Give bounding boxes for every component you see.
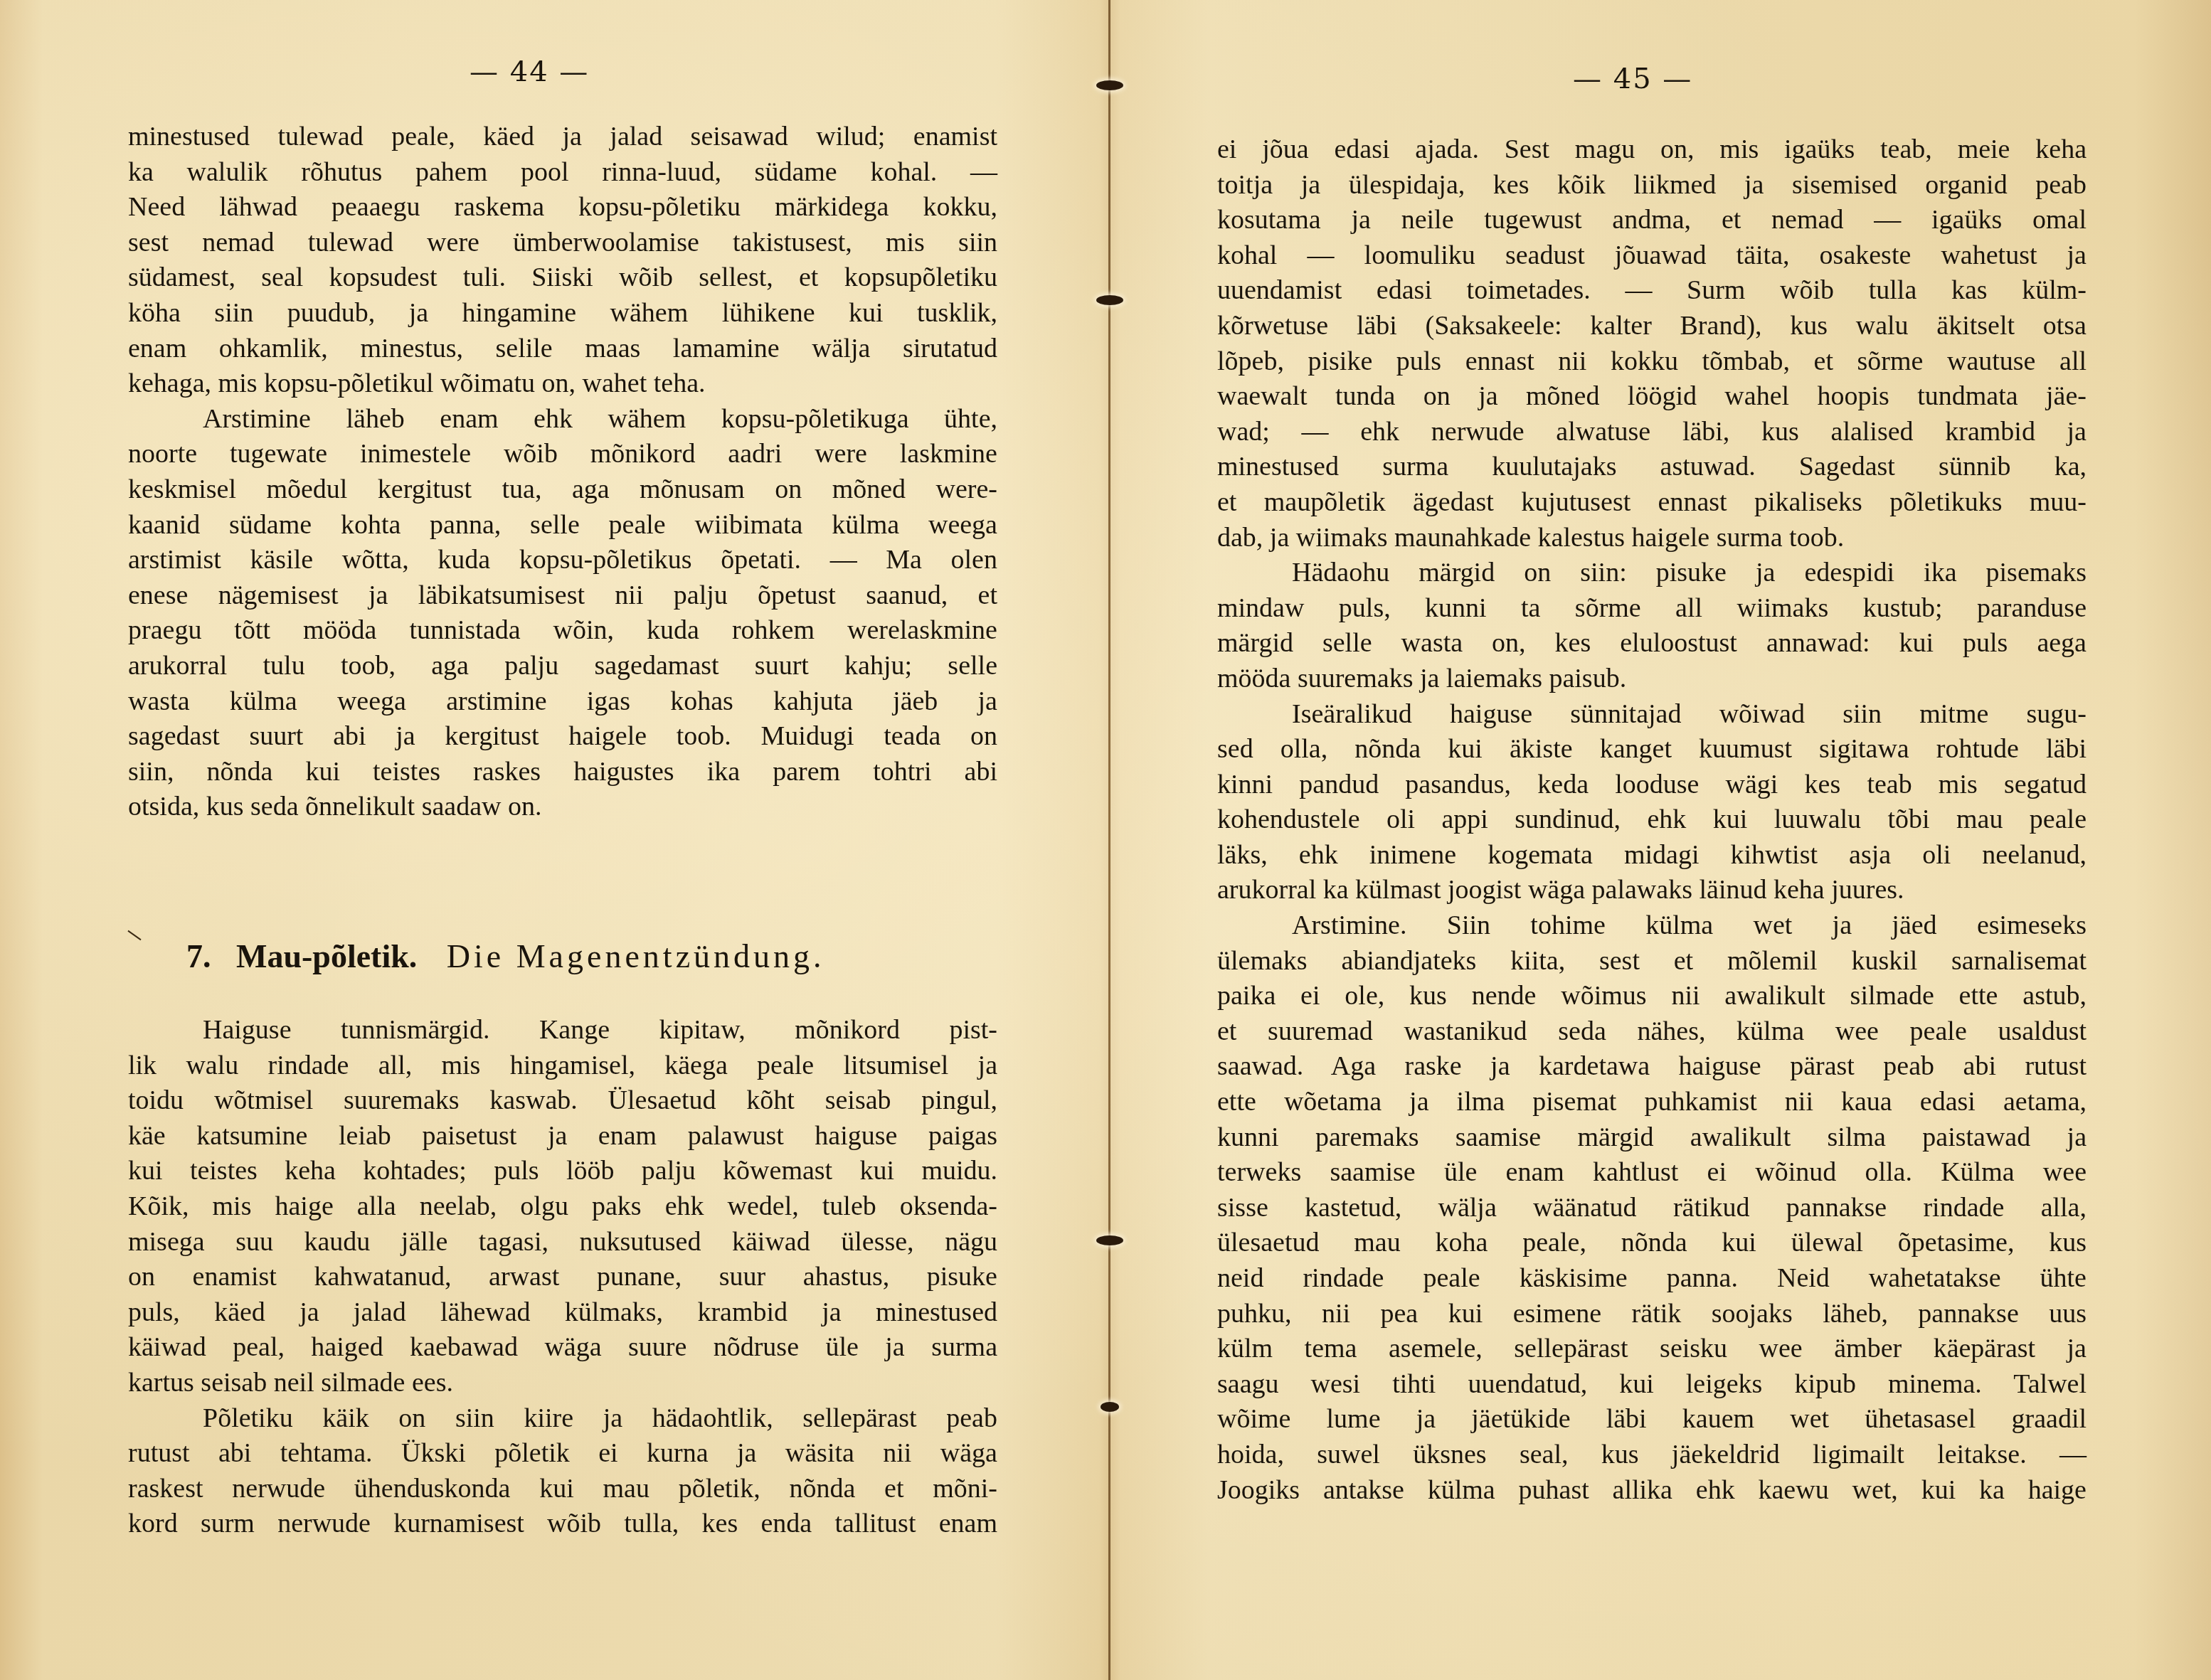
text-line: raskest nerwude ühenduskonda kui mau põl… xyxy=(128,1472,997,1507)
section-number: 7. xyxy=(186,938,211,974)
text-line: enese nägemisest ja läbikatsumisest nii … xyxy=(128,578,997,614)
text-line: mindaw puls, kunni ta sõrme all wiimaks … xyxy=(1217,591,2087,627)
text-line: puhku, nii pea kui esimene rätik soojaks… xyxy=(1217,1297,2087,1332)
text-line: siin, nõnda kui teistes raskes haigustes… xyxy=(128,755,997,790)
page-44: — 44 — minestused tulewad peale, käed ja… xyxy=(0,0,1108,1680)
page-number: — 45 — xyxy=(1573,63,1692,95)
text-line: lik walu rindade all, mis hingamisel, kä… xyxy=(128,1048,997,1084)
text-line: käiwad peal, haiged kaebawad wäga suure … xyxy=(128,1330,997,1366)
text-line: wõime lume ja jäetükide läbi kauem wet ü… xyxy=(1217,1402,2087,1437)
text-line: neid rindade peale käskisime panna. Neid… xyxy=(1217,1261,2087,1297)
text-line: läks, ehk inimene kogemata midagi kihwti… xyxy=(1217,838,2087,873)
text-line: wasta külma weega arstimine igas kohas k… xyxy=(128,684,997,720)
text-line: südamest, seal kopsudest tuli. Siiski wõ… xyxy=(128,260,997,296)
text-line: Need lähwad peaaegu raskema kopsu-põleti… xyxy=(128,190,997,225)
text-line: waewalt tunda on ja mõned löögid wahel h… xyxy=(1217,379,2087,415)
text-line: Joogiks antakse külma puhast allika ehk … xyxy=(1217,1473,2087,1509)
text-line: dab, ja wiimaks maunahkade kalestus haig… xyxy=(1217,521,2087,556)
text-line: Hädaohu märgid on siin: pisuke ja edespi… xyxy=(1217,555,2087,591)
text-line: uuendamist edasi toimetades. — Surm wõib… xyxy=(1217,273,2087,309)
text-line: misega suu kaudu jälle tagasi, nuksutuse… xyxy=(128,1225,997,1260)
text-line: saawad. Aga raske ja kardetawa haiguse p… xyxy=(1217,1049,2087,1085)
text-line: ülesaetud mau koha peale, nõnda kui ülew… xyxy=(1217,1226,2087,1261)
text-line: sed olla, nõnda kui äkiste kanget kuumus… xyxy=(1217,732,2087,767)
text-line: enam ohkamlik, minestus, selile maas lam… xyxy=(128,331,997,367)
text-line: Kõik, mis haige alla neelab, olgu paks e… xyxy=(128,1189,997,1225)
text-line: arstimist käsile wõtta, kuda kopsu-põlet… xyxy=(128,543,997,578)
text-line: keskmisel mõedul kergitust tua, aga mõnu… xyxy=(128,472,997,508)
book-spread: — 44 — minestused tulewad peale, käed ja… xyxy=(0,0,2211,1680)
text-line: toitja ja ülespidaja, kes kõik liikmed j… xyxy=(1217,168,2087,203)
text-line: lõpeb, pisike puls ennast nii kokku tõmb… xyxy=(1217,344,2087,380)
section-heading: 7. Mau-põletik. Die Magenentzündung. xyxy=(186,937,997,975)
text-line: Arstimine läheb enam ehk wähem kopsu-põl… xyxy=(128,402,997,437)
section-title-german: Die Magenentzündung. xyxy=(447,938,825,974)
text-block-section-7: Haiguse tunnismärgid. Kange kipitaw, mõn… xyxy=(128,1013,997,1542)
text-line: toidu wõtmisel suuremaks kaswab. Ülesaet… xyxy=(128,1083,997,1119)
text-line: et suuremad wastanikud seda nähes, külma… xyxy=(1217,1014,2087,1050)
text-line: arukorral ka külmast joogist wäga palawa… xyxy=(1217,873,2087,908)
text-block-continuation: minestused tulewad peale, käed ja jalad … xyxy=(128,119,997,825)
text-line: kehaga, mis kopsu-põletikul wõimatu on, … xyxy=(128,366,997,402)
text-line: Põletiku käik on siin kiire ja hädaohtli… xyxy=(128,1401,997,1437)
text-line: külm tema asemele, sellepärast seisku we… xyxy=(1217,1331,2087,1367)
page-number: — 44 — xyxy=(470,55,589,88)
text-line: Arstimine. Siin tohime külma wet ja jäed… xyxy=(1217,908,2087,944)
text-line: kohal — loomuliku seadust jõuawad täita,… xyxy=(1217,238,2087,274)
text-line: kõrwetuse läbi (Saksakeele: kalter Brand… xyxy=(1217,309,2087,344)
text-line: paika ei ole, kus nende wõimus nii awali… xyxy=(1217,979,2087,1014)
text-line: hoida, suwel üksnes seal, kus jäekeldrid… xyxy=(1217,1437,2087,1473)
text-line: mööda suuremaks ja laiemaks paisub. xyxy=(1217,661,2087,697)
text-line: minestused tulewad peale, käed ja jalad … xyxy=(128,119,997,155)
text-line: kartus seisab neil silmade ees. xyxy=(128,1366,997,1401)
text-line: rutust abi tehtama. Ükski põletik ei kur… xyxy=(128,1436,997,1472)
text-line: kaanid südame kohta panna, selle peale w… xyxy=(128,508,997,543)
text-line: kohendustele oli appi sundinud, ehk kui … xyxy=(1217,802,2087,838)
text-line: kui teistes keha kohtades; puls lööb pal… xyxy=(128,1154,997,1189)
text-line: Iseäralikud haiguse sünnitajad wõiwad si… xyxy=(1217,697,2087,733)
text-line: käe katsumine leiab paisetust ja enam pa… xyxy=(128,1119,997,1154)
text-line: wad; — ehk nerwude alwatuse läbi, kus al… xyxy=(1217,415,2087,450)
text-line: kosutama ja neile tugewust andma, et nem… xyxy=(1217,203,2087,238)
text-line: köha siin puudub, ja hingamine wähem lüh… xyxy=(128,296,997,331)
text-line: praegu tõtt mööda tunnistada wõin, kuda … xyxy=(128,613,997,649)
section-title: Mau-põletik. xyxy=(236,938,417,974)
text-line: sest nemad tulewad were ümberwoolamise t… xyxy=(128,225,997,261)
text-line: ka walulik rõhutus pahem pool rinna-luud… xyxy=(128,155,997,191)
text-block-main: ei jõua edasi ajada. Sest magu on, mis i… xyxy=(1217,132,2087,1508)
text-line: kinni pandud pasandus, keda looduse wägi… xyxy=(1217,767,2087,803)
text-line: ülemaks abiandjateks kiita, sest et mõle… xyxy=(1217,944,2087,979)
text-line: kord surm nerwude kurnamisest wõib tulla… xyxy=(128,1506,997,1542)
text-line: minestused surma kuulutajaks astuwad. Sa… xyxy=(1217,450,2087,485)
text-line: et maupõletik ägedast kujutusest ennast … xyxy=(1217,485,2087,521)
text-line: on enamist kahwatanud, arwast punane, su… xyxy=(128,1260,997,1295)
text-line: kunni paremaks saamise märgid awalikult … xyxy=(1217,1120,2087,1156)
text-line: noorte tugewate inimestele wõib mõnikord… xyxy=(128,437,997,472)
text-line: arukorral tulu toob, aga palju sagedamas… xyxy=(128,649,997,684)
text-line: sagedast suurt abi ja kergitust haigele … xyxy=(128,719,997,755)
text-line: ette wõetama ja ilma pisemat puhkamist n… xyxy=(1217,1085,2087,1120)
text-line: Haiguse tunnismärgid. Kange kipitaw, mõn… xyxy=(128,1013,997,1048)
text-line: ei jõua edasi ajada. Sest magu on, mis i… xyxy=(1217,132,2087,168)
text-line: sisse kastetud, wälja wäänatud rätikud p… xyxy=(1217,1191,2087,1226)
text-line: märgid selle wasta on, kes eluloostust a… xyxy=(1217,626,2087,661)
page-45: — 45 — ei jõua edasi ajada. Sest magu on… xyxy=(1110,0,2211,1680)
text-line: otsida, kus seda õnnelikult saadaw on. xyxy=(128,790,997,825)
text-line: saagu wesi tihti uuendatud, kui leigeks … xyxy=(1217,1367,2087,1403)
text-line: terweks saamise üle enam kahtlust ei wõi… xyxy=(1217,1155,2087,1191)
text-line: puls, käed ja jalad lähewad külmaks, kra… xyxy=(128,1295,997,1331)
